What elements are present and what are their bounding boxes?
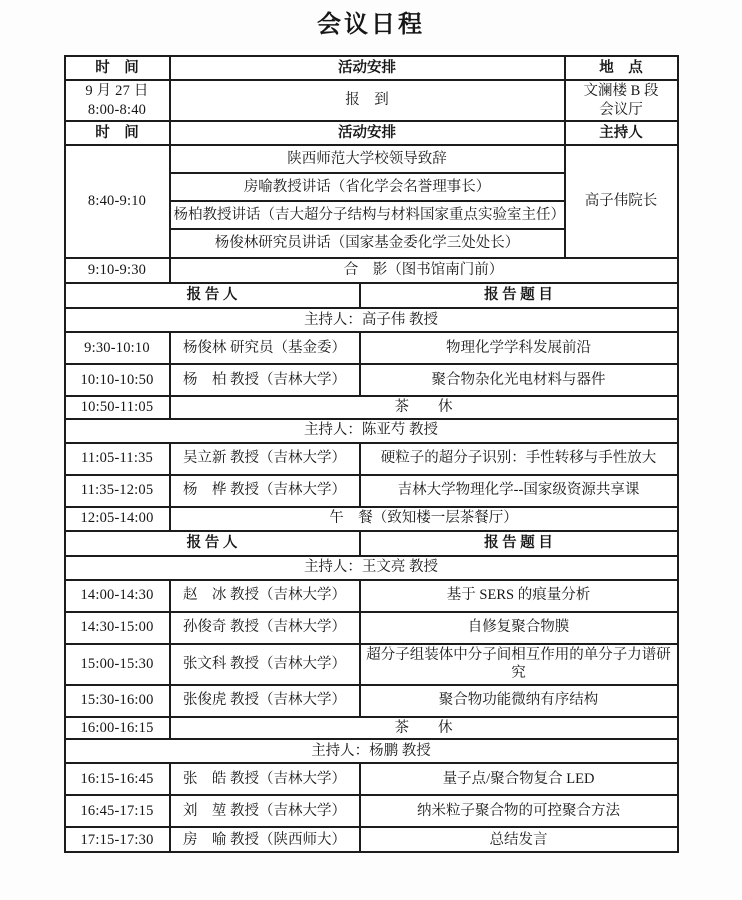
col-header-activity: 活动安排 xyxy=(170,56,565,80)
checkin-activity: 报 到 xyxy=(170,80,565,121)
schedule-table: 时 间 活动安排 地 点 9 月 27 日 8:00-8:40 报 到 文澜楼 … xyxy=(64,55,679,853)
table-row: 主持人：杨鹏 教授 xyxy=(65,739,678,763)
opening-item: 陕西师范大学校领导致辞 xyxy=(170,145,565,173)
col-header-place: 地 点 xyxy=(565,56,678,80)
table-row: 时 间 活动安排 地 点 xyxy=(65,56,678,80)
table-row: 15:00-15:30 张文科 教授（吉林大学） 超分子组装体中分子间相互作用的… xyxy=(65,644,678,685)
table-row: 报 告 人 报 告 题 目 xyxy=(65,283,678,308)
col-header-speaker: 报 告 人 xyxy=(65,283,360,308)
break-time: 12:05-14:00 xyxy=(65,507,170,531)
col-header-time: 时 间 xyxy=(65,121,170,145)
table-row: 9 月 27 日 8:00-8:40 报 到 文澜楼 B 段 会议厅 xyxy=(65,80,678,121)
talk-speaker: 吴立新 教授（吉林大学） xyxy=(170,443,360,475)
table-row: 报 告 人 报 告 题 目 xyxy=(65,531,678,556)
talk-speaker: 张俊虎 教授（吉林大学） xyxy=(170,685,360,717)
col-header-talk-title: 报 告 题 目 xyxy=(360,531,678,556)
talk-title: 基于 SERS 的痕量分析 xyxy=(360,580,678,612)
table-row: 14:00-14:30 赵 冰 教授（吉林大学） 基于 SERS 的痕量分析 xyxy=(65,580,678,612)
col-header-speaker: 报 告 人 xyxy=(65,531,360,556)
col-header-host: 主持人 xyxy=(565,121,678,145)
opening-host: 高子伟院长 xyxy=(565,145,678,258)
talk-title: 超分子组装体中分子间相互作用的单分子力谱研究 xyxy=(360,644,678,685)
col-header-activity: 活动安排 xyxy=(170,121,565,145)
talk-time: 15:30-16:00 xyxy=(65,685,170,717)
talk-speaker: 杨 柏 教授（吉林大学） xyxy=(170,364,360,396)
opening-item: 杨俊林研究员讲话（国家基金委化学三处处长） xyxy=(170,229,565,258)
talk-title: 量子点/聚合物复合 LED xyxy=(360,763,678,795)
talk-title: 纳米粒子聚合物的可控聚合方法 xyxy=(360,795,678,827)
table-row: 主持人：王文亮 教授 xyxy=(65,556,678,580)
session-host: 主持人：高子伟 教授 xyxy=(65,308,678,332)
talk-time: 11:05-11:35 xyxy=(65,443,170,475)
opening-item: 杨柏教授讲话（吉大超分子结构与材料国家重点实验室主任） xyxy=(170,201,565,229)
checkin-place-line1: 文澜楼 B 段 xyxy=(569,82,674,101)
break-label: 茶 休 xyxy=(170,396,678,419)
talk-speaker: 张 皓 教授（吉林大学） xyxy=(170,763,360,795)
talk-time: 9:30-10:10 xyxy=(65,332,170,364)
checkin-time: 8:00-8:40 xyxy=(69,101,166,120)
col-header-time: 时 间 xyxy=(65,56,170,80)
talk-speaker: 刘 堃 教授（吉林大学） xyxy=(170,795,360,827)
photo-time: 9:10-9:30 xyxy=(65,258,170,283)
table-row: 时 间 活动安排 主持人 xyxy=(65,121,678,145)
talk-speaker: 杨 桦 教授（吉林大学） xyxy=(170,475,360,507)
opening-item: 房喻教授讲话（省化学会名誉理事长） xyxy=(170,173,565,201)
table-row: 15:30-16:00 张俊虎 教授（吉林大学） 聚合物功能微纳有序结构 xyxy=(65,685,678,717)
talk-title: 自修复聚合物膜 xyxy=(360,612,678,644)
talk-title: 总结发言 xyxy=(360,827,678,852)
talk-speaker: 房 喻 教授（陕西师大） xyxy=(170,827,360,852)
talk-time: 16:45-17:15 xyxy=(65,795,170,827)
checkin-date: 9 月 27 日 xyxy=(69,82,166,101)
table-row: 11:35-12:05 杨 桦 教授（吉林大学） 吉林大学物理化学--国家级资源… xyxy=(65,475,678,507)
table-row: 10:10-10:50 杨 柏 教授（吉林大学） 聚合物杂化光电材料与器件 xyxy=(65,364,678,396)
table-row: 16:45-17:15 刘 堃 教授（吉林大学） 纳米粒子聚合物的可控聚合方法 xyxy=(65,795,678,827)
table-row: 14:30-15:00 孙俊奇 教授（吉林大学） 自修复聚合物膜 xyxy=(65,612,678,644)
table-row: 11:05-11:35 吴立新 教授（吉林大学） 硬粒子的超分子识别：手性转移与… xyxy=(65,443,678,475)
talk-time: 15:00-15:30 xyxy=(65,644,170,685)
talk-speaker: 赵 冰 教授（吉林大学） xyxy=(170,580,360,612)
page-title: 会议日程 xyxy=(0,0,742,39)
talk-speaker: 孙俊奇 教授（吉林大学） xyxy=(170,612,360,644)
table-row: 12:05-14:00 午 餐（致知楼一层茶餐厅） xyxy=(65,507,678,531)
session-host: 主持人：王文亮 教授 xyxy=(65,556,678,580)
break-label: 午 餐（致知楼一层茶餐厅） xyxy=(170,507,678,531)
talk-time: 17:15-17:30 xyxy=(65,827,170,852)
break-time: 16:00-16:15 xyxy=(65,717,170,740)
table-row: 8:40-9:10 陕西师范大学校领导致辞 高子伟院长 xyxy=(65,145,678,173)
document-page: 会议日程 时 间 活动安排 地 点 9 月 27 日 8:00-8:40 报 到… xyxy=(0,0,742,853)
table-row: 主持人：高子伟 教授 xyxy=(65,308,678,332)
table-row: 9:10-9:30 合 影（图书馆南门前） xyxy=(65,258,678,283)
talk-title: 吉林大学物理化学--国家级资源共享课 xyxy=(360,475,678,507)
checkin-place-line2: 会议厅 xyxy=(569,101,674,120)
session-host: 主持人：陈亚芍 教授 xyxy=(65,419,678,443)
table-row: 主持人：陈亚芍 教授 xyxy=(65,419,678,443)
talk-title: 硬粒子的超分子识别：手性转移与手性放大 xyxy=(360,443,678,475)
talk-speaker: 杨俊林 研究员（基金委） xyxy=(170,332,360,364)
talk-speaker: 张文科 教授（吉林大学） xyxy=(170,644,360,685)
talk-time: 11:35-12:05 xyxy=(65,475,170,507)
table-row: 10:50-11:05 茶 休 xyxy=(65,396,678,419)
talk-time: 14:00-14:30 xyxy=(65,580,170,612)
table-row: 9:30-10:10 杨俊林 研究员（基金委） 物理化学学科发展前沿 xyxy=(65,332,678,364)
talk-title: 聚合物杂化光电材料与器件 xyxy=(360,364,678,396)
table-row: 16:15-16:45 张 皓 教授（吉林大学） 量子点/聚合物复合 LED xyxy=(65,763,678,795)
session-host: 主持人：杨鹏 教授 xyxy=(65,739,678,763)
talk-time: 14:30-15:00 xyxy=(65,612,170,644)
table-row: 16:00-16:15 茶 休 xyxy=(65,717,678,740)
break-label: 茶 休 xyxy=(170,717,678,740)
col-header-talk-title: 报 告 题 目 xyxy=(360,283,678,308)
talk-time: 10:10-10:50 xyxy=(65,364,170,396)
table-row: 17:15-17:30 房 喻 教授（陕西师大） 总结发言 xyxy=(65,827,678,852)
opening-time: 8:40-9:10 xyxy=(65,145,170,258)
checkin-datetime: 9 月 27 日 8:00-8:40 xyxy=(65,80,170,121)
talk-title: 物理化学学科发展前沿 xyxy=(360,332,678,364)
talk-title: 聚合物功能微纳有序结构 xyxy=(360,685,678,717)
break-time: 10:50-11:05 xyxy=(65,396,170,419)
photo-activity: 合 影（图书馆南门前） xyxy=(170,258,678,283)
talk-time: 16:15-16:45 xyxy=(65,763,170,795)
checkin-place: 文澜楼 B 段 会议厅 xyxy=(565,80,678,121)
